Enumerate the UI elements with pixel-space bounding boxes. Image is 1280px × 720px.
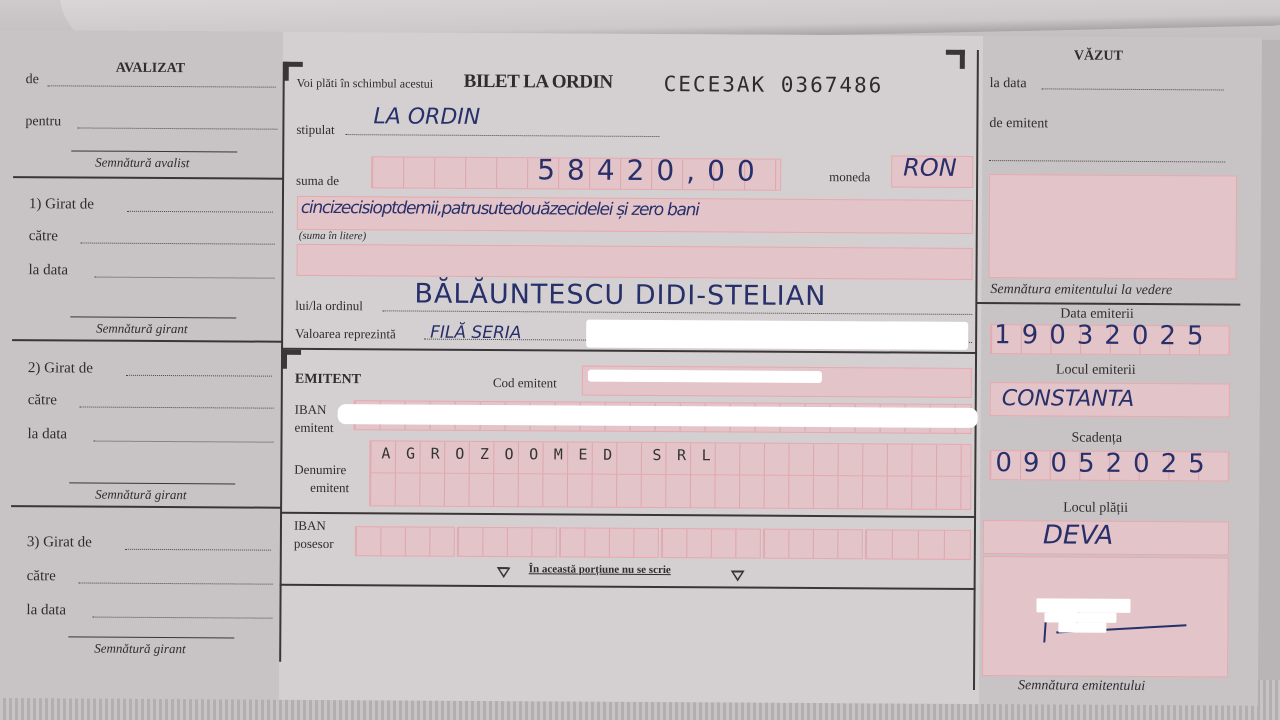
endorsement-1-by-field[interactable]: [127, 211, 273, 213]
triangle-down-icon: [731, 570, 745, 581]
denumire-label-2: emitent: [310, 480, 349, 496]
redaction-signature-1: [1036, 598, 1130, 613]
endorsement-3-by-field[interactable]: [125, 549, 271, 551]
iban-posesor-block-5[interactable]: [763, 529, 863, 560]
vazut-heading: VĂZUT: [1074, 49, 1123, 65]
endorsement-3-catre-field[interactable]: [79, 582, 273, 584]
serial-number: CECE3AK 0367486: [664, 72, 884, 97]
locul-emiterii-label: Locul emiterii: [1056, 362, 1136, 378]
redaction-signature-3: [1058, 622, 1106, 632]
vazut-date-label: la data: [990, 76, 1027, 92]
promissory-note: AVALIZAT de pentru Semnătură avalist 1) …: [0, 30, 1262, 706]
locul-platii-label: Locul plății: [1063, 501, 1128, 517]
suma-litere-label: (suma în litere): [299, 230, 366, 242]
endorsement-2-bottom-line: [11, 505, 281, 509]
vazut-emitent-field[interactable]: [989, 160, 1225, 162]
endorsement-3-signature-line[interactable]: [68, 636, 234, 638]
endorsement-2-signature-label: Semnătură girant: [95, 487, 186, 504]
endorsement-3-date-field[interactable]: [92, 617, 272, 619]
suma-litere-value[interactable]: cincizecisioptdemii,patrusutedouăzecidel…: [301, 198, 699, 220]
avalist-signature-label: Semnătură avalist: [95, 155, 189, 172]
suma-label: suma de: [296, 173, 339, 189]
endorsement-2-by-field[interactable]: [126, 375, 272, 377]
iban-posesor-block-3[interactable]: [559, 527, 659, 558]
avalizat-bottom-line: [13, 176, 283, 180]
endorsement-1-catre-field[interactable]: [81, 242, 275, 244]
iban-emitent-label-2: emitent: [295, 420, 334, 436]
iban-posesor-label-1: IBAN: [294, 518, 326, 534]
scadenta-label: Scadența: [1071, 431, 1122, 447]
vazut-emitent-label: de emitent: [989, 116, 1048, 132]
vazut-signature-label: Semnătura emitentului la vedere: [990, 282, 1172, 299]
suma-litere-field-2[interactable]: [297, 244, 973, 280]
scadenta-value[interactable]: 09052025: [995, 448, 1216, 479]
stipulat-value[interactable]: LA ORDIN: [373, 104, 480, 130]
ordin-label: lui/la ordinul: [295, 298, 363, 314]
endorsement-2-label: 2) Girat de: [28, 360, 93, 377]
endorsement-1-bottom-line: [12, 339, 282, 343]
vazut-bottom-line: [976, 302, 1240, 306]
avalizat-pentru-field[interactable]: [77, 127, 277, 129]
avalizat-de-field[interactable]: [48, 85, 276, 87]
ordin-value[interactable]: BĂLĂUNTESCU DIDI-STELIAN: [414, 279, 826, 313]
avalizat-pentru-label: pentru: [25, 114, 61, 130]
document-title: BILET LA ORDIN: [464, 71, 613, 94]
iban-posesor-block-4[interactable]: [661, 528, 761, 559]
endorsement-1-date-label: la data: [28, 262, 68, 279]
iban-posesor-block-1[interactable]: [355, 526, 455, 557]
valoare-label: Valoarea reprezintă: [295, 326, 396, 343]
header-prefix: Voi plăti în schimbul acestui: [297, 76, 434, 92]
moneda-value[interactable]: RON: [903, 154, 957, 182]
endorsement-2-catre-field[interactable]: [80, 406, 274, 408]
endorsement-3-label: 3) Girat de: [27, 534, 92, 551]
endorsement-2-signature-line[interactable]: [69, 482, 235, 484]
endorsement-1-catre-label: către: [29, 228, 58, 245]
iban-posesor-block-2[interactable]: [457, 527, 557, 558]
avalizat-de-label: de: [26, 72, 39, 88]
emitent-heading: EMITENT: [295, 372, 361, 388]
endorsement-2-catre-label: către: [28, 392, 57, 409]
stipulat-label: stipulat: [296, 122, 334, 138]
corner-mark-right: [946, 50, 965, 69]
valoare-value[interactable]: FILĂ SERIA: [430, 323, 521, 344]
redaction-cod-emitent: [588, 370, 822, 383]
redaction-iban-emitent: [338, 404, 978, 428]
locul-emiterii-value[interactable]: CONSTANTA: [1002, 386, 1135, 412]
endorsement-2-date-field[interactable]: [93, 441, 273, 443]
vazut-date-field[interactable]: [1042, 88, 1224, 90]
avalizat-heading: AVALIZAT: [116, 61, 185, 77]
redaction-valoare: [586, 320, 968, 350]
endorsement-1-date-field[interactable]: [94, 277, 274, 279]
denumire-label-1: Denumire: [294, 462, 346, 478]
endorsement-1-signature-line[interactable]: [70, 316, 236, 318]
moneda-label: moneda: [829, 169, 870, 185]
redaction-signature-2: [1044, 612, 1116, 622]
cod-emitent-label: Cod emitent: [493, 375, 557, 391]
iban-posesor-label-2: posesor: [294, 536, 334, 552]
endorsement-1-signature-label: Semnătură girant: [96, 321, 187, 338]
iban-posesor-block-6[interactable]: [865, 529, 971, 560]
no-write-notice: În această porțiune nu se scrie: [529, 563, 671, 576]
endorsement-1-label: 1) Girat de: [29, 196, 94, 213]
data-emiterii-value[interactable]: 19032025: [994, 320, 1215, 351]
endorsement-3-date-label: la data: [26, 602, 66, 619]
avalist-signature-line[interactable]: [71, 150, 237, 152]
endorsement-2-date-label: la data: [27, 426, 67, 443]
issuer-signature-label: Semnătura emitentului: [1018, 678, 1145, 695]
endorsement-3-catre-label: către: [27, 568, 56, 585]
corner-mark-emitent: [282, 350, 301, 369]
denumire-emitent-value[interactable]: AGROZOOMED SRL: [381, 444, 726, 464]
suma-value[interactable]: 58420,00: [537, 153, 767, 187]
triangle-down-icon: [497, 567, 511, 578]
endorsement-3-signature-label: Semnătură girant: [94, 641, 185, 658]
locul-platii-value[interactable]: DEVA: [1043, 520, 1113, 550]
iban-emitent-label-1: IBAN: [295, 402, 327, 418]
vazut-signature-box[interactable]: [989, 174, 1238, 280]
